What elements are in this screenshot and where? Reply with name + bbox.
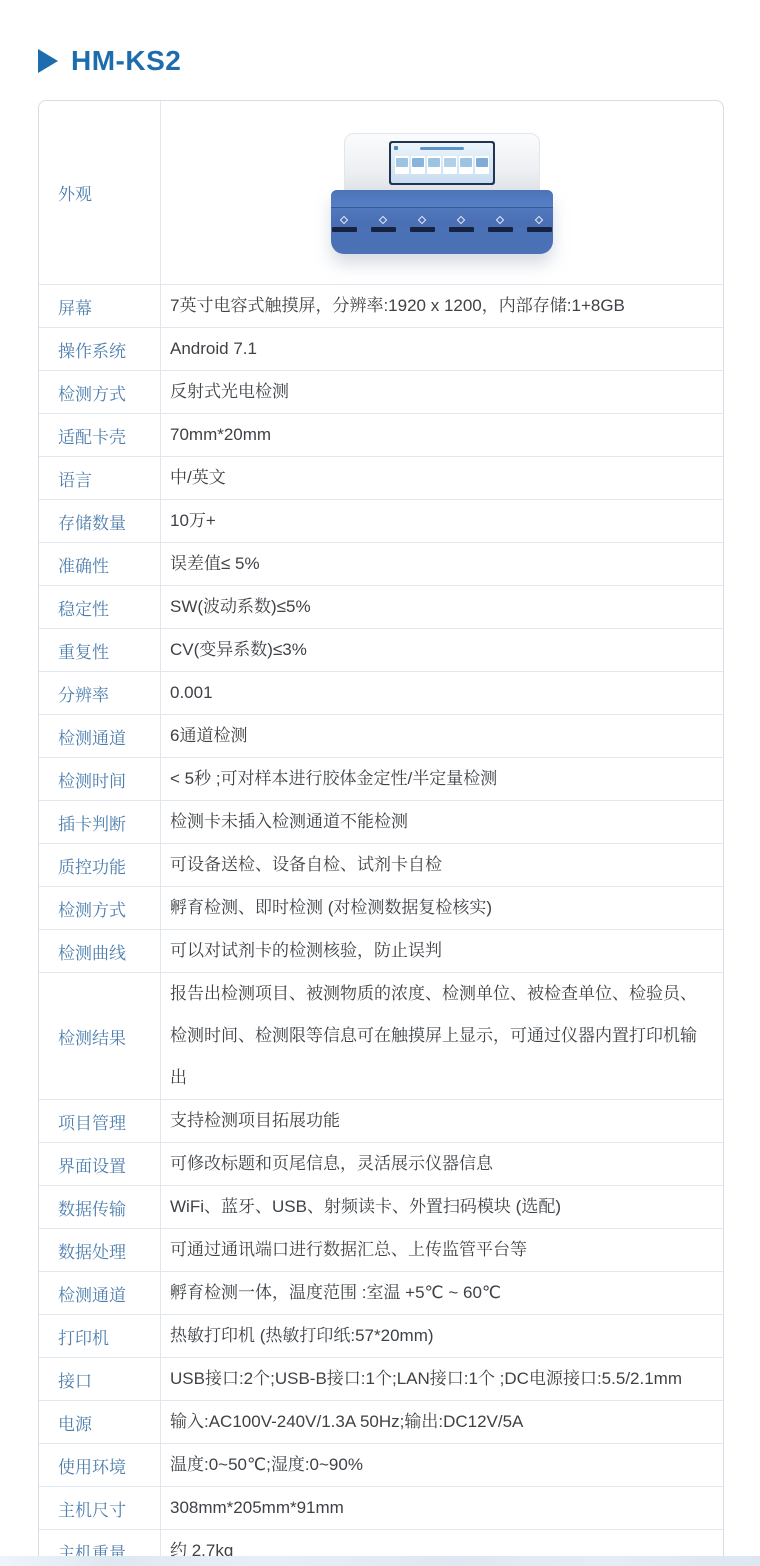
row-value: CV(变异系数)≤3%: [161, 629, 723, 671]
row-label: 检测方式: [39, 887, 161, 929]
row-label: 项目管理: [39, 1100, 161, 1142]
table-row: 检测方式 反射式光电检测: [39, 370, 723, 413]
row-value: 0.001: [161, 672, 723, 714]
row-label: 稳定性: [39, 586, 161, 628]
row-value: < 5秒 ;可对样本进行胶体金定性/半定量检测: [161, 758, 723, 800]
card-slots: [331, 217, 553, 232]
slot-opening: [371, 227, 396, 232]
row-value: 温度:0~50℃;湿度:0~90%: [161, 1444, 723, 1486]
appearance-cell: [161, 101, 723, 284]
screen-logo-icon: [394, 146, 398, 150]
screen-app-card: [459, 156, 473, 174]
slot-opening: [449, 227, 474, 232]
screen-app-card: [411, 156, 425, 174]
table-row: 电源 输入:AC100V-240V/1.3A 50Hz;输出:DC12V/5A: [39, 1400, 723, 1443]
table-row: 检测方式 孵育检测、即时检测 (对检测数据复检核实): [39, 886, 723, 929]
table-row: 检测曲线 可以对试剂卡的检测核验，防止误判: [39, 929, 723, 972]
table-row: 重复性 CV(变异系数)≤3%: [39, 628, 723, 671]
table-row: 存储数量 10万+: [39, 499, 723, 542]
row-value: 308mm*205mm*91mm: [161, 1487, 723, 1529]
screen-app-card: [395, 156, 409, 174]
row-value: 可设备送检、设备自检、试剂卡自检: [161, 844, 723, 886]
slot-diamond-icon: [457, 216, 465, 224]
row-value: 可通过通讯端口进行数据汇总、上传监管平台等: [161, 1229, 723, 1271]
row-label: 检测结果: [39, 973, 161, 1099]
table-row: 准确性 误差值≤ 5%: [39, 542, 723, 585]
screen-title-bar: [420, 147, 464, 150]
device-screen: [389, 141, 495, 185]
slot-diamond-icon: [379, 216, 387, 224]
slot-opening: [332, 227, 357, 232]
table-row: 稳定性 SW(波动系数)≤5%: [39, 585, 723, 628]
table-row: 插卡判断 检测卡未插入检测通道不能检测: [39, 800, 723, 843]
row-value: 反射式光电检测: [161, 371, 723, 413]
title-arrow-icon: [38, 49, 58, 73]
row-value: 70mm*20mm: [161, 414, 723, 456]
slot-diamond-icon: [418, 216, 426, 224]
slot-opening: [488, 227, 513, 232]
table-row: 操作系统 Android 7.1: [39, 327, 723, 370]
row-value: 支持检测项目拓展功能: [161, 1100, 723, 1142]
table-row: 接口 USB接口:2个;USB-B接口:1个;LAN接口:1个 ;DC电源接口:…: [39, 1357, 723, 1400]
screen-app-cards: [395, 156, 489, 174]
row-label: 使用环境: [39, 1444, 161, 1486]
row-label: 存储数量: [39, 500, 161, 542]
row-label: 界面设置: [39, 1143, 161, 1185]
row-label: 插卡判断: [39, 801, 161, 843]
slot-diamond-icon: [535, 216, 543, 224]
page-title: HM-KS2: [71, 46, 181, 76]
table-row: 数据传输 WiFi、蓝牙、USB、射频读卡、外置扫码模块 (选配): [39, 1185, 723, 1228]
row-label: 外观: [39, 101, 161, 284]
card-slot: [527, 217, 552, 232]
row-value: 误差值≤ 5%: [161, 543, 723, 585]
device-top-band: [331, 190, 553, 208]
row-label: 检测通道: [39, 715, 161, 757]
slot-opening: [527, 227, 552, 232]
row-label: 检测曲线: [39, 930, 161, 972]
screen-app-card: [475, 156, 489, 174]
footer-strip: [0, 1556, 760, 1566]
device-base: [331, 190, 553, 254]
spec-table: 外观: [38, 100, 724, 1566]
row-value: WiFi、蓝牙、USB、射频读卡、外置扫码模块 (选配): [161, 1186, 723, 1228]
table-row: 主机尺寸 308mm*205mm*91mm: [39, 1486, 723, 1529]
row-label: 接口: [39, 1358, 161, 1400]
row-value: 热敏打印机 (热敏打印纸:57*20mm): [161, 1315, 723, 1357]
appearance-row: 外观: [39, 101, 723, 284]
table-row: 检测结果 报告出检测项目、被测物质的浓度、检测单位、被检查单位、检验员、检测时间…: [39, 972, 723, 1099]
card-slot: [332, 217, 357, 232]
row-value: Android 7.1: [161, 328, 723, 370]
table-row: 语言 中/英文: [39, 456, 723, 499]
screen-app-card: [427, 156, 441, 174]
table-row: 屏幕 7英寸电容式触摸屏，分辨率:1920 x 1200，内部存储:1+8GB: [39, 284, 723, 327]
table-row: 分辨率 0.001: [39, 671, 723, 714]
row-label: 操作系统: [39, 328, 161, 370]
table-row: 项目管理 支持检测项目拓展功能: [39, 1099, 723, 1142]
card-slot: [449, 217, 474, 232]
row-label: 准确性: [39, 543, 161, 585]
row-value: 10万+: [161, 500, 723, 542]
row-label: 电源: [39, 1401, 161, 1443]
table-row: 界面设置 可修改标题和页尾信息，灵活展示仪器信息: [39, 1142, 723, 1185]
slot-opening: [410, 227, 435, 232]
page-header: HM-KS2: [38, 46, 181, 76]
row-label: 分辨率: [39, 672, 161, 714]
slot-diamond-icon: [496, 216, 504, 224]
row-label: 检测方式: [39, 371, 161, 413]
row-value: 检测卡未插入检测通道不能检测: [161, 801, 723, 843]
device-top-housing: [344, 133, 540, 191]
slot-diamond-icon: [340, 216, 348, 224]
row-value: 输入:AC100V-240V/1.3A 50Hz;输出:DC12V/5A: [161, 1401, 723, 1443]
row-value: 可以对试剂卡的检测核验，防止误判: [161, 930, 723, 972]
row-value: SW(波动系数)≤5%: [161, 586, 723, 628]
table-row: 打印机 热敏打印机 (热敏打印纸:57*20mm): [39, 1314, 723, 1357]
row-value: USB接口:2个;USB-B接口:1个;LAN接口:1个 ;DC电源接口:5.5…: [161, 1358, 723, 1400]
row-label: 重复性: [39, 629, 161, 671]
table-row: 使用环境 温度:0~50℃;湿度:0~90%: [39, 1443, 723, 1486]
row-value: 孵育检测、即时检测 (对检测数据复检核实): [161, 887, 723, 929]
device-photo: [331, 133, 553, 254]
row-label: 数据传输: [39, 1186, 161, 1228]
row-label: 语言: [39, 457, 161, 499]
row-label: 检测通道: [39, 1272, 161, 1314]
card-slot: [410, 217, 435, 232]
table-row: 质控功能 可设备送检、设备自检、试剂卡自检: [39, 843, 723, 886]
table-row: 检测通道 孵育检测一体，温度范围 :室温 +5℃ ~ 60℃: [39, 1271, 723, 1314]
row-label: 主机尺寸: [39, 1487, 161, 1529]
device-screen-ui: [391, 143, 493, 183]
row-label: 数据处理: [39, 1229, 161, 1271]
row-label: 打印机: [39, 1315, 161, 1357]
card-slot: [488, 217, 513, 232]
row-label: 屏幕: [39, 285, 161, 327]
row-label: 检测时间: [39, 758, 161, 800]
table-row: 数据处理 可通过通讯端口进行数据汇总、上传监管平台等: [39, 1228, 723, 1271]
row-label: 适配卡壳: [39, 414, 161, 456]
card-slot: [371, 217, 396, 232]
table-row: 检测通道 6通道检测: [39, 714, 723, 757]
row-value: 7英寸电容式触摸屏，分辨率:1920 x 1200，内部存储:1+8GB: [161, 285, 723, 327]
row-value: 孵育检测一体，温度范围 :室温 +5℃ ~ 60℃: [161, 1272, 723, 1314]
screen-app-card: [443, 156, 457, 174]
row-value: 6通道检测: [161, 715, 723, 757]
table-row: 检测时间 < 5秒 ;可对样本进行胶体金定性/半定量检测: [39, 757, 723, 800]
row-label: 质控功能: [39, 844, 161, 886]
table-row: 适配卡壳 70mm*20mm: [39, 413, 723, 456]
row-value: 可修改标题和页尾信息，灵活展示仪器信息: [161, 1143, 723, 1185]
row-value: 报告出检测项目、被测物质的浓度、检测单位、被检查单位、检验员、检测时间、检测限等…: [161, 973, 723, 1099]
row-value: 中/英文: [161, 457, 723, 499]
